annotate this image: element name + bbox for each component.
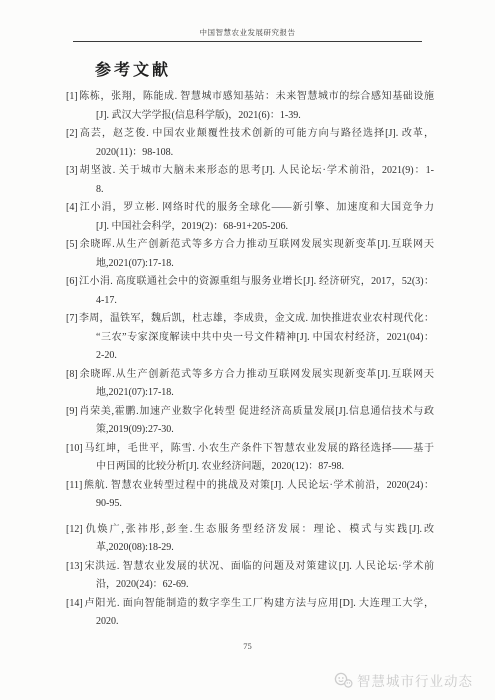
reference-line: [8]余晓晖.从生产创新范式等多方合力推动互联网发展实现新变革[J].互联网天 <box>66 366 434 385</box>
reference-entry: [7]李周，温铁军，魏后凯，杜志雄，李成贵，金文成. 加快推进农业农村现代化：“… <box>66 310 434 366</box>
reference-label: [8] <box>66 369 79 380</box>
reference-label: [12] <box>66 524 84 535</box>
reference-line: [1]陈栋，张翔，陈能成. 智慧城市感知基站：未来智慧城市的综合感知基础设施 <box>66 88 434 107</box>
header-rule <box>73 41 422 42</box>
reference-label: [5] <box>66 239 79 250</box>
reference-label: [7] <box>66 313 79 324</box>
reference-entry: [3]胡坚波. 关于城市大脑未来形态的思考[J]. 人民论坛·学术前沿，2021… <box>66 162 434 199</box>
reference-entry: [5]余晓晖.从生产创新范式等多方合力推动互联网发展实现新变革[J].互联网天地… <box>66 236 434 273</box>
reference-line: [J]. 武汉大学学报(信息科学版)，2021(6)：1-39. <box>96 107 434 126</box>
page-title: 参考文献 <box>95 57 171 80</box>
reference-label: [11] <box>66 480 83 491</box>
reference-line: [3]胡坚波. 关于城市大脑未来形态的思考[J]. 人民论坛·学术前沿，2021… <box>66 162 434 181</box>
reference-line: [9]肖荣美,霍鹏.加速产业数字化转型 促进经济高质量发展[J].信息通信技术与… <box>66 403 434 422</box>
reference-entry: [12]仇焕广,张祎彤,彭奎.生态服务型经济发展：理论、模式与实践[J].改革,… <box>66 521 434 558</box>
reference-line: 2020. <box>96 613 434 632</box>
reference-line: [11]熊航. 智慧农业转型过程中的挑战及对策[J]. 人民论坛·学术前沿，20… <box>66 477 434 496</box>
reference-label: [10] <box>66 443 84 454</box>
reference-line: 8. <box>96 181 434 200</box>
watermark: 智慧城市行业动态 <box>334 670 473 690</box>
chat-bubbles-icon <box>334 672 353 689</box>
reference-line: 2020(11)：98-108. <box>96 144 434 163</box>
reference-entry: [13]宋洪远. 智慧农业发展的状况、面临的问题及对策建议[J]. 人民论坛·学… <box>66 558 434 595</box>
reference-label: [9] <box>66 406 79 417</box>
reference-line: 中日两国的比较分析[J]. 农业经济问题，2020(12)：87-98. <box>96 458 434 477</box>
reference-entry: [10]马红坤，毛世平，陈雪. 小农生产条件下智慧农业发展的路径选择——基于中日… <box>66 440 434 477</box>
reference-line: 策,2019(09):27-30. <box>96 421 434 440</box>
reference-line: [4]江小涓，罗立彬. 网络时代的服务全球化——新引擎、加速度和大国竞争力 <box>66 199 434 218</box>
reference-line: 90-95. <box>96 495 434 514</box>
reference-label: [14] <box>66 598 84 609</box>
watermark-text: 智慧城市行业动态 <box>357 670 473 690</box>
reference-line: [14]卢阳光. 面向智能制造的数字孪生工厂构建方法与应用[D]. 大连理工大学… <box>66 595 434 614</box>
reference-line: “三农”专家深度解读中共中央一号文件精神[J]. 中国农村经济，2021(04)… <box>96 329 434 348</box>
reference-line: [12]仇焕广,张祎彤,彭奎.生态服务型经济发展：理论、模式与实践[J].改 <box>66 521 434 540</box>
reference-entry: [8]余晓晖.从生产创新范式等多方合力推动互联网发展实现新变革[J].互联网天地… <box>66 366 434 403</box>
reference-entry: [9]肖荣美,霍鹏.加速产业数字化转型 促进经济高质量发展[J].信息通信技术与… <box>66 403 434 440</box>
reference-label: [2] <box>66 128 79 139</box>
page-number: 75 <box>0 641 495 651</box>
reference-line: 地,2021(07):17-18. <box>96 255 434 274</box>
reference-label: [13] <box>66 561 84 572</box>
reference-line: 地,2021(07):17-18. <box>96 384 434 403</box>
reference-line: [10]马红坤，毛世平，陈雪. 小农生产条件下智慧农业发展的路径选择——基于 <box>66 440 434 459</box>
reference-line: [2]高芸，赵芝俊. 中国农业颠覆性技术创新的可能方向与路径选择[J]. 改革， <box>66 125 434 144</box>
reference-label: [1] <box>66 91 79 102</box>
reference-line: [5]余晓晖.从生产创新范式等多方合力推动互联网发展实现新变革[J].互联网天 <box>66 236 434 255</box>
reference-line: 2-20. <box>96 347 434 366</box>
reference-entry: [6]江小涓. 高度联通社会中的资源重组与服务业增长[J]. 经济研究，2017… <box>66 273 434 310</box>
reference-label: [6] <box>66 276 79 287</box>
reference-line: 革,2020(08):18-29. <box>96 539 434 558</box>
reference-label: [4] <box>66 202 79 213</box>
reference-entry: [11]熊航. 智慧农业转型过程中的挑战及对策[J]. 人民论坛·学术前沿，20… <box>66 477 434 514</box>
reference-line: [6]江小涓. 高度联通社会中的资源重组与服务业增长[J]. 经济研究，2017… <box>66 273 434 292</box>
reference-line: [7]李周，温铁军，魏后凯，杜志雄，李成贵，金文成. 加快推进农业农村现代化： <box>66 310 434 329</box>
reference-entry: [2]高芸，赵芝俊. 中国农业颠覆性技术创新的可能方向与路径选择[J]. 改革，… <box>66 125 434 162</box>
reference-line: 4-17. <box>96 292 434 311</box>
reference-line: 沿，2020(24)：62-69. <box>96 576 434 595</box>
references-list: [1]陈栋，张翔，陈能成. 智慧城市感知基站：未来智慧城市的综合感知基础设施[J… <box>66 88 434 632</box>
reference-entry: [14]卢阳光. 面向智能制造的数字孪生工厂构建方法与应用[D]. 大连理工大学… <box>66 595 434 632</box>
reference-label: [3] <box>66 165 79 176</box>
reference-entry: [4]江小涓，罗立彬. 网络时代的服务全球化——新引擎、加速度和大国竞争力[J]… <box>66 199 434 236</box>
reference-line: [13]宋洪远. 智慧农业发展的状况、面临的问题及对策建议[J]. 人民论坛·学… <box>66 558 434 577</box>
document-page: 中国智慧农业发展研究报告 参考文献 [1]陈栋，张翔，陈能成. 智慧城市感知基站… <box>0 0 495 700</box>
reference-line: [J]. 中国社会科学，2019(2)：68-91+205-206. <box>96 218 434 237</box>
reference-entry: [1]陈栋，张翔，陈能成. 智慧城市感知基站：未来智慧城市的综合感知基础设施[J… <box>66 88 434 125</box>
running-header: 中国智慧农业发展研究报告 <box>0 27 495 38</box>
